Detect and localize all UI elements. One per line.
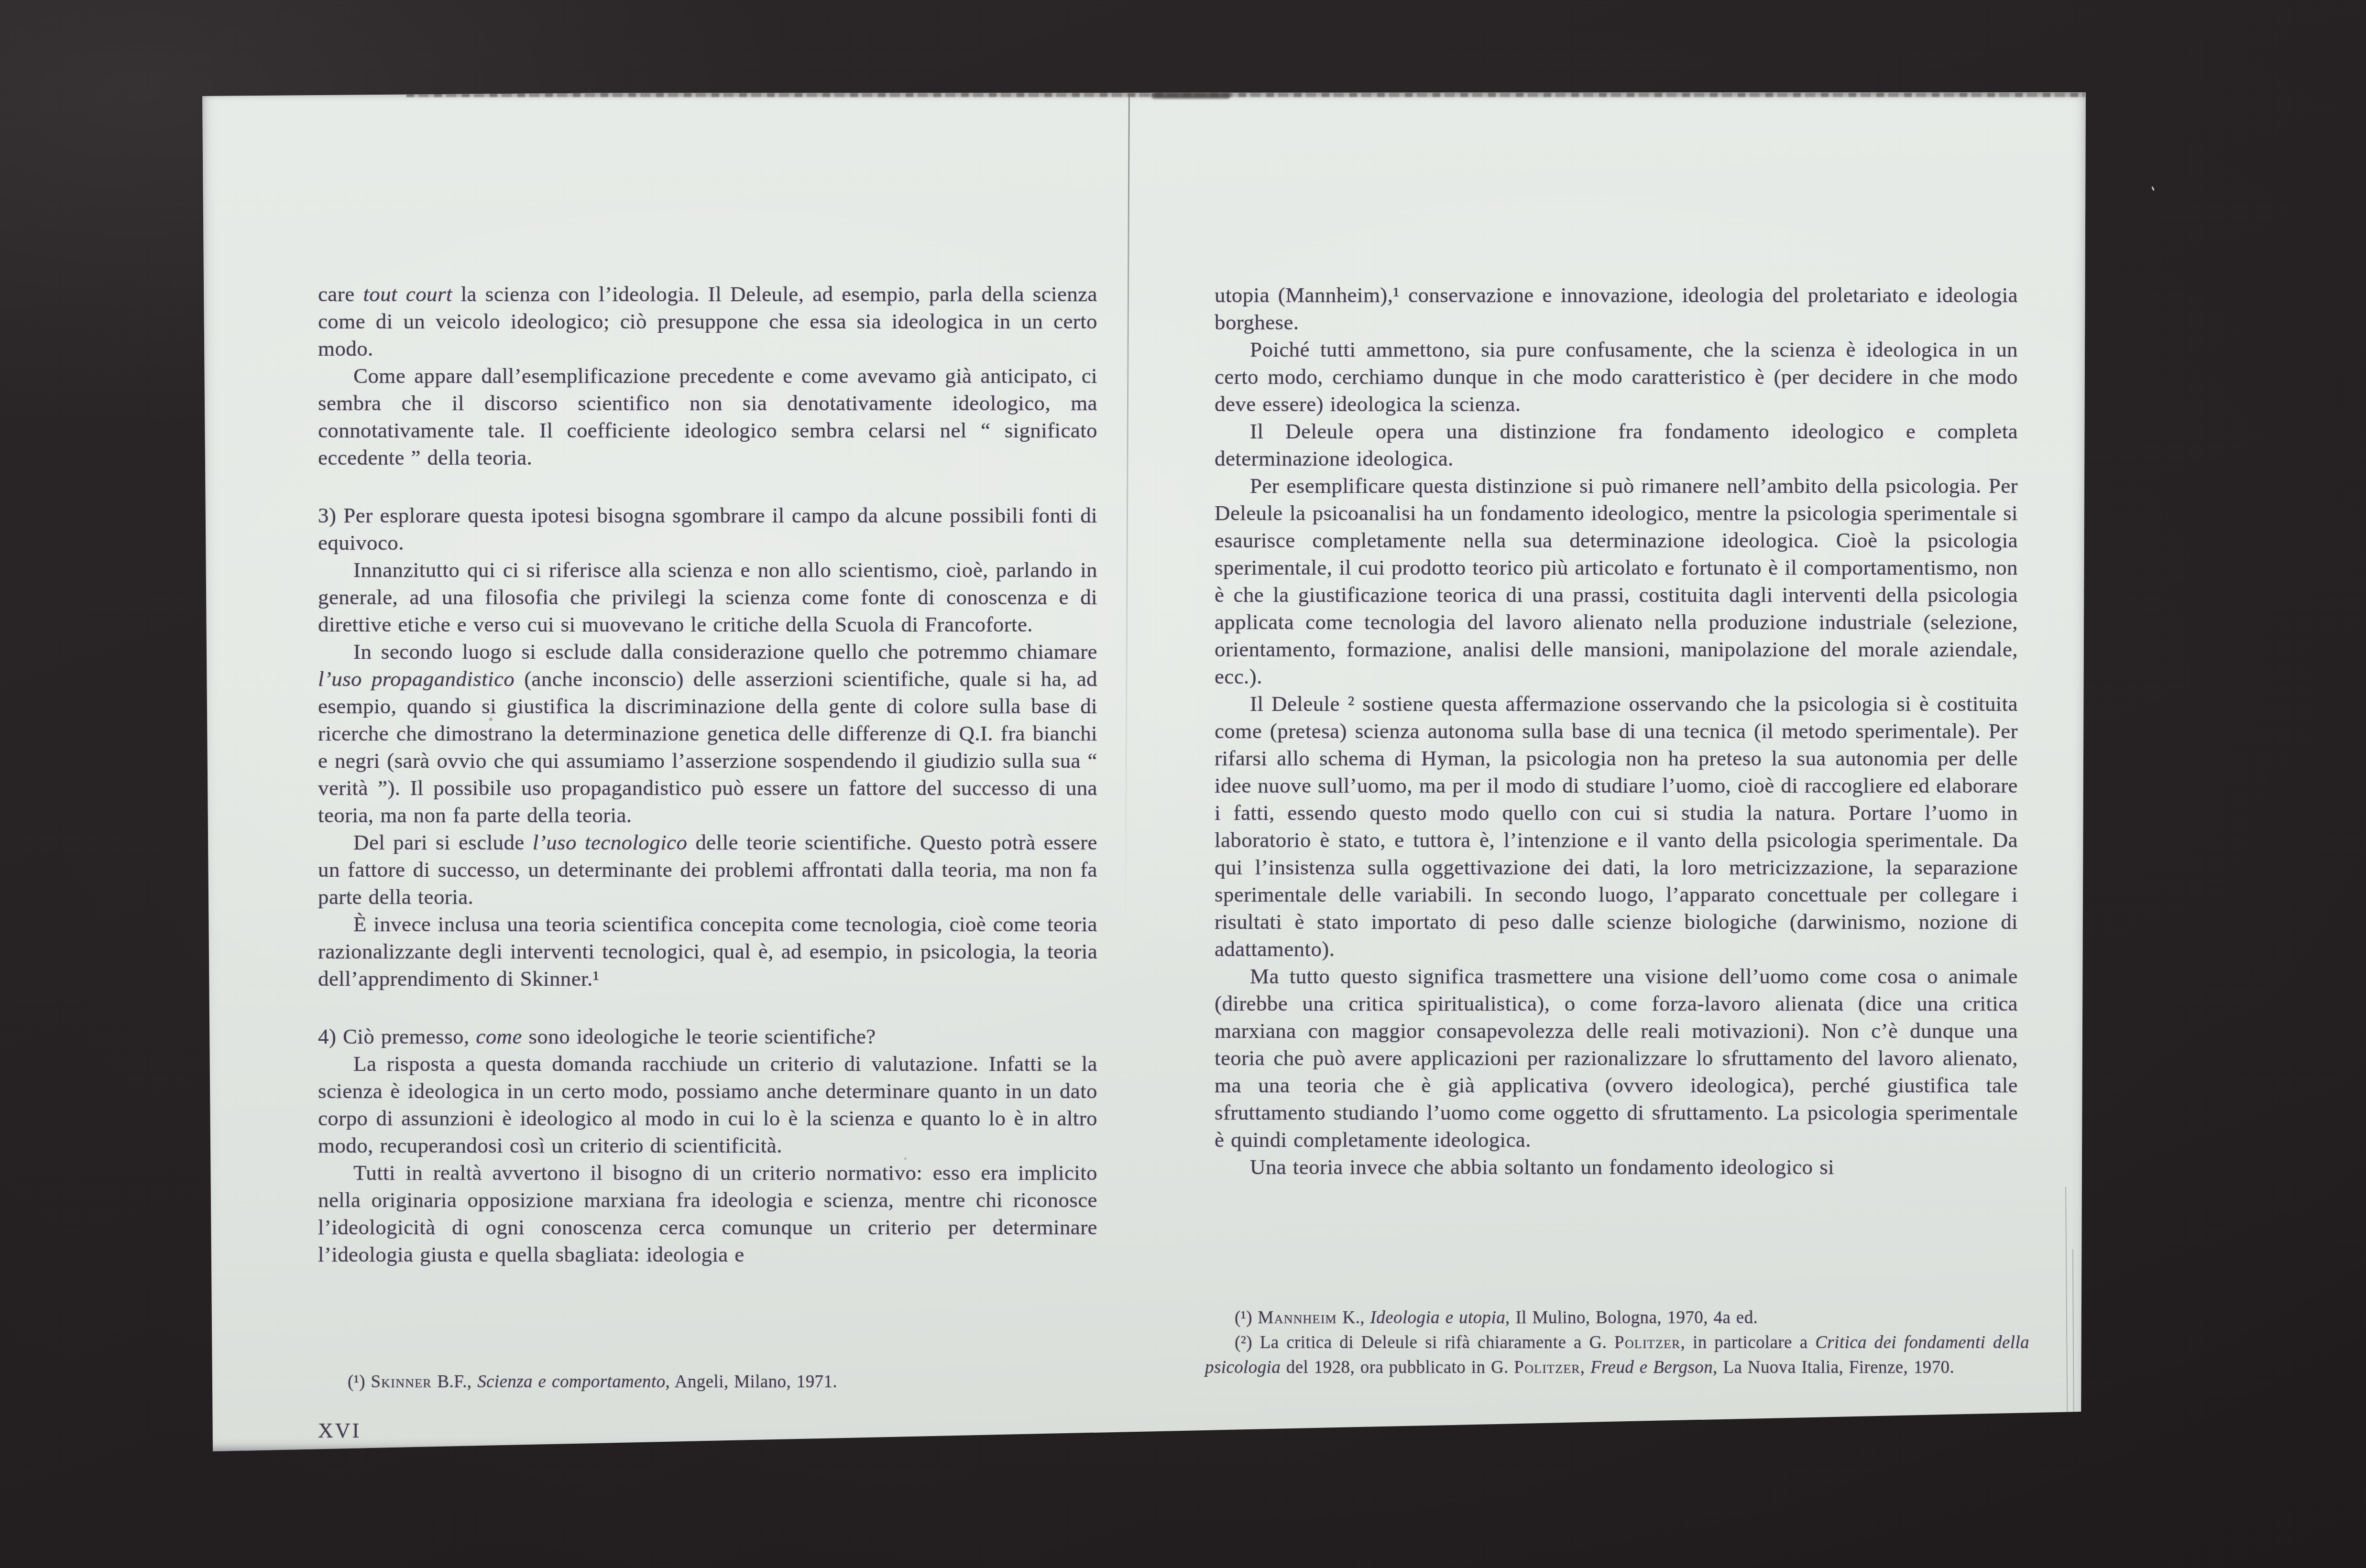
spread-fold-divider: [1125, 95, 1130, 936]
paragraph: Poiché tutti ammettono, sia pure confusa…: [1215, 336, 2018, 418]
paragraph: utopia (Mannheim),¹ conservazione e inno…: [1215, 282, 2018, 336]
book-spread-scan: care tout court la scienza con l’ideolog…: [202, 92, 2086, 1451]
paragraph: Una teoria invece che abbia soltanto un …: [1215, 1154, 2018, 1181]
dust-speck: [2151, 186, 2155, 191]
right-page-number: XVII: [1215, 1421, 2018, 1446]
page-edge-blotch: [1151, 92, 1230, 98]
paragraph: Per esemplificare questa distinzione si …: [1215, 472, 2018, 690]
paragraph: Come appare dall’esemplificazione preced…: [318, 362, 1097, 471]
left-page-text-block: care tout court la scienza con l’ideolog…: [318, 281, 1097, 1268]
left-page-number: XVI: [318, 1418, 361, 1443]
paragraph: Innanzitutto qui ci si riferisce alla sc…: [318, 556, 1097, 638]
paragraph: Il Deleule ² sostiene questa affermazion…: [1215, 690, 2018, 963]
paragraph: È invece inclusa una teoria scientifica …: [318, 911, 1097, 992]
paragraph: Tutti in realtà avvertono il bisogno di …: [318, 1159, 1097, 1268]
paragraph: (²) La critica di Deleule si rifà chiara…: [1205, 1330, 2029, 1380]
page-stack-line: [2065, 1187, 2068, 1455]
right-page-footnotes: (¹) Mannheim K., Ideologia e utopia, Il …: [1205, 1306, 2029, 1380]
page-block-edge: [406, 93, 2085, 97]
paragraph: In secondo luogo si esclude dalla consid…: [318, 638, 1097, 829]
paragraph: (¹) Skinner B.F., Scienza e comportament…: [318, 1370, 1097, 1394]
scan-background: care tout court la scienza con l’ideolog…: [0, 0, 2366, 1568]
right-page-text-block: utopia (Mannheim),¹ conservazione e inno…: [1215, 282, 2018, 1181]
paragraph: Del pari si esclude l’uso tecnologico de…: [318, 829, 1097, 911]
paragraph: 4) Ciò premesso, come sono ideologiche l…: [318, 1023, 1097, 1050]
paragraph: La risposta a questa domanda racchiude u…: [318, 1050, 1097, 1159]
left-page-footnotes: (¹) Skinner B.F., Scienza e comportament…: [318, 1370, 1097, 1394]
paragraph: Ma tutto questo significa trasmettere un…: [1215, 963, 2018, 1154]
paragraph: Il Deleule opera una distinzione fra fon…: [1215, 418, 2018, 472]
paragraph: (¹) Mannheim K., Ideologia e utopia, Il …: [1205, 1306, 2029, 1330]
paragraph: 3) Per esplorare questa ipotesi bisogna …: [318, 502, 1097, 556]
paragraph: care tout court la scienza con l’ideolog…: [318, 281, 1097, 362]
page-stack-line: [2072, 1249, 2074, 1455]
